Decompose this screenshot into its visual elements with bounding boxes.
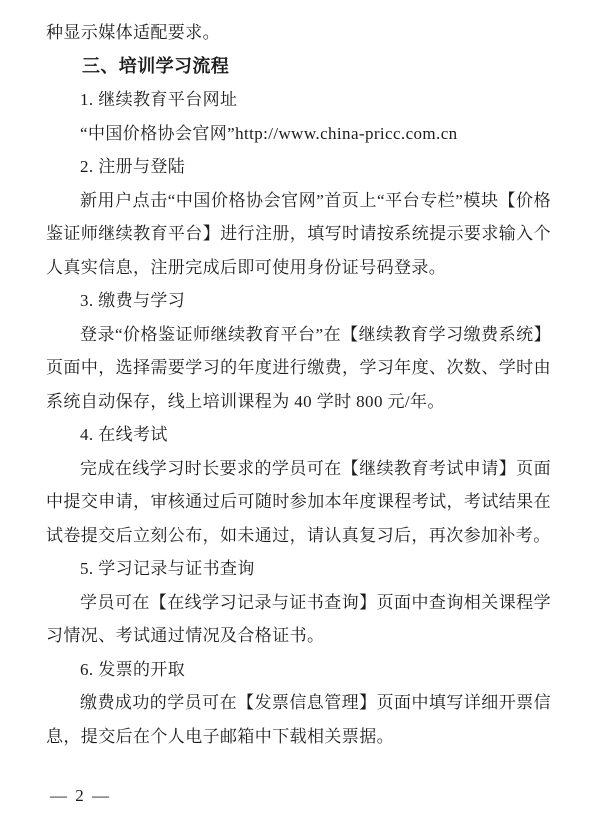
- section-heading-training-process: 三、培训学习流程: [46, 50, 551, 84]
- page-number: — 2 —: [50, 786, 111, 806]
- paragraph-payment: 登录“价格鉴证师继续教育平台”在【继续教育学习缴费系统】页面中，选择需要学习的年…: [46, 318, 551, 419]
- paragraph-records-query: 学员可在【在线学习记录与证书查询】页面中查询相关课程学习情况、考试通过情况及合格…: [46, 586, 551, 653]
- paragraph-registration: 新用户点击“中国价格协会官网”首页上“平台专栏”模块【价格鉴证师继续教育平台】进…: [46, 184, 551, 285]
- list-item-3-payment-study: 3. 缴费与学习: [46, 284, 551, 318]
- document-body: 种显示媒体适配要求。 三、培训学习流程 1. 继续教育平台网址 “中国价格协会官…: [46, 16, 551, 753]
- website-url-line: “中国价格协会官网”http://www.china-pricc.com.cn: [46, 117, 551, 151]
- paragraph-online-exam: 完成在线学习时长要求的学员可在【继续教育考试申请】页面中提交申请，审核通过后可随…: [46, 452, 551, 553]
- paragraph-invoice: 缴费成功的学员可在【发票信息管理】页面中填写详细开票信息，提交后在个人电子邮箱中…: [46, 686, 551, 753]
- continuation-line: 种显示媒体适配要求。: [46, 16, 551, 50]
- list-item-6-invoice: 6. 发票的开取: [46, 653, 551, 687]
- document-page: 种显示媒体适配要求。 三、培训学习流程 1. 继续教育平台网址 “中国价格协会官…: [0, 0, 605, 824]
- list-item-4-online-exam: 4. 在线考试: [46, 418, 551, 452]
- list-item-2-register-login: 2. 注册与登陆: [46, 150, 551, 184]
- list-item-5-records-certificates: 5. 学习记录与证书查询: [46, 552, 551, 586]
- list-item-1-platform-address: 1. 继续教育平台网址: [46, 83, 551, 117]
